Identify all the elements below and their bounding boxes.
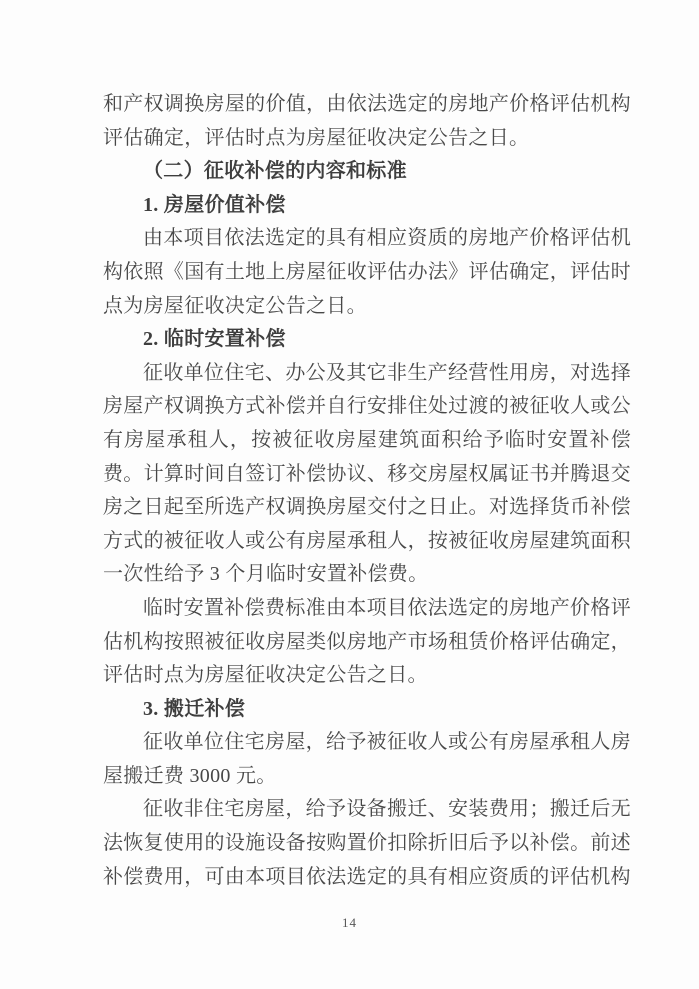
- subheading-relocation-compensation: 3. 搬迁补偿: [103, 693, 631, 727]
- paragraph-temporary-resettlement-1: 征收单位住宅、办公及其它非生产经营性用房，对选择房屋产权调换方式补偿并自行安排住…: [103, 357, 631, 592]
- document-page: 和产权调换房屋的价值，由依法选定的房地产价格评估机构评估确定，评估时点为房屋征收…: [0, 0, 699, 989]
- subheading-temporary-resettlement: 2. 临时安置补偿: [103, 323, 631, 357]
- paragraph-temporary-resettlement-2: 临时安置补偿费标准由本项目依法选定的房地产价格评估机构按照被征收房屋类似房地产市…: [103, 592, 631, 693]
- paragraph-relocation-non-residential: 征收非住宅房屋，给予设备搬迁、安装费用；搬迁后无法恢复使用的设施设备按购置价扣除…: [103, 793, 631, 894]
- paragraph-relocation-residential: 征收单位住宅房屋，给予被征收人或公有房屋承租人房屋搬迁费 3000 元。: [103, 726, 631, 793]
- page-number: 14: [0, 914, 699, 932]
- subheading-house-value-compensation: 1. 房屋价值补偿: [103, 189, 631, 223]
- section-heading-compensation-content: （二）征收补偿的内容和标准: [103, 155, 631, 189]
- paragraph-continued: 和产权调换房屋的价值，由依法选定的房地产价格评估机构评估确定，评估时点为房屋征收…: [103, 88, 631, 155]
- paragraph-house-value-compensation: 由本项目依法选定的具有相应资质的房地产价格评估机构依照《国有土地上房屋征收评估办…: [103, 222, 631, 323]
- document-body: 和产权调换房屋的价值，由依法选定的房地产价格评估机构评估确定，评估时点为房屋征收…: [103, 88, 631, 894]
